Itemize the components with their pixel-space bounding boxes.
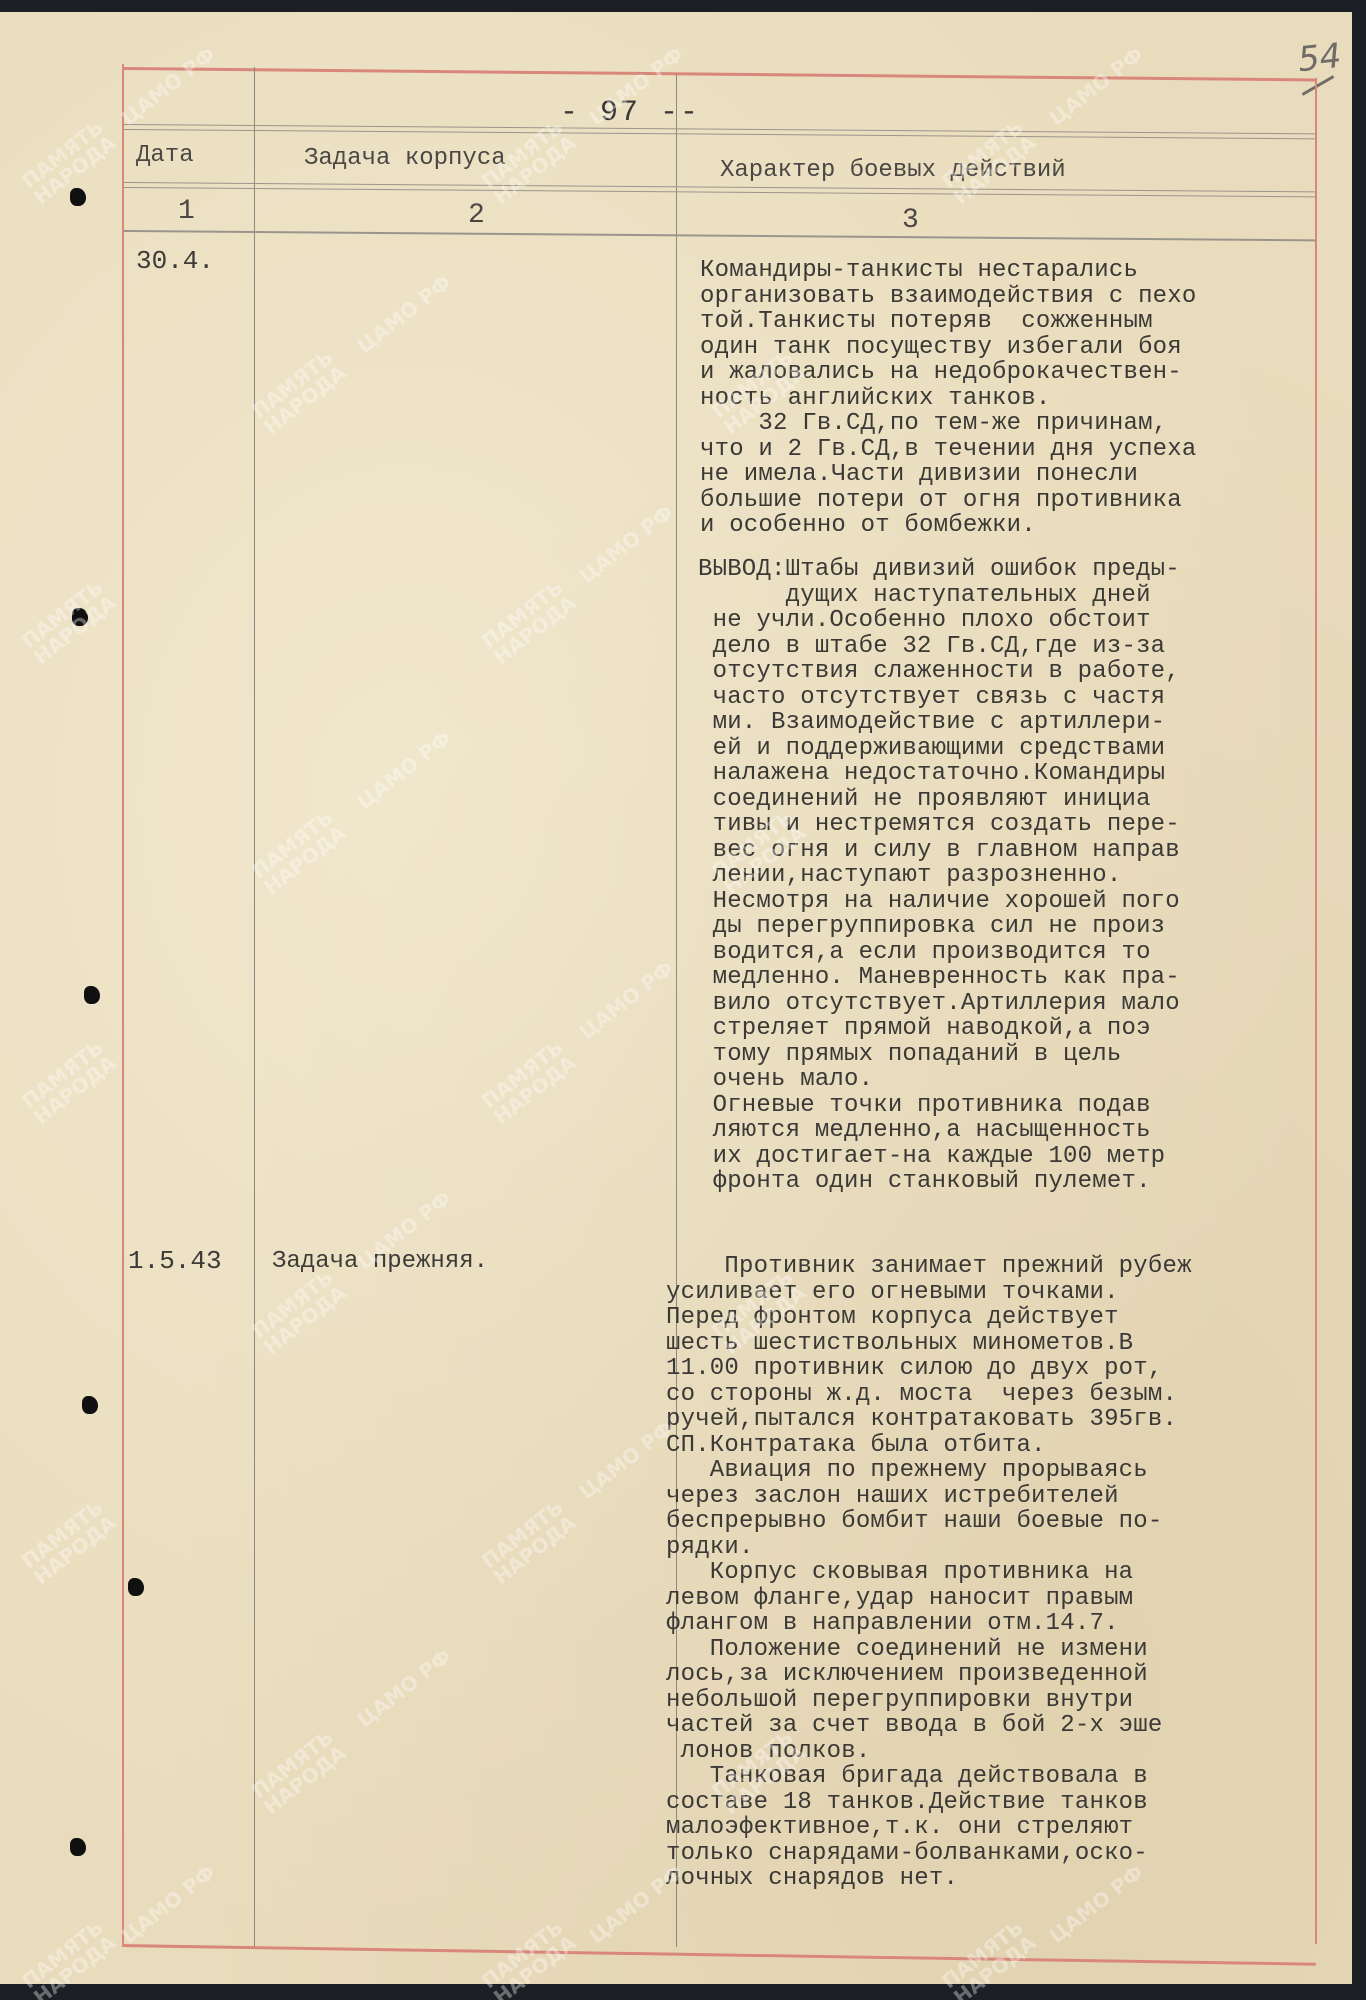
punch-hole <box>70 188 86 206</box>
red-margin-left <box>122 64 124 1944</box>
watermark-archive: ЦАМО РФ <box>575 956 678 1044</box>
watermark-project: ПАМЯТЬНАРОДА <box>248 346 349 437</box>
watermark-archive: ЦАМО РФ <box>575 500 678 588</box>
archival-document-page: 54 - 97 -- Дата Задача корпуса Характер … <box>0 12 1352 1984</box>
watermark-project: ПАМЯТЬНАРОДА <box>18 1036 119 1127</box>
column-divider-1 <box>254 67 255 1947</box>
red-margin-right <box>1315 78 1317 1944</box>
watermark-project: ПАМЯТЬНАРОДА <box>18 1496 119 1587</box>
punch-hole <box>70 1838 86 1856</box>
page-number: - 97 -- <box>560 96 700 130</box>
watermark-project: ПАМЯТЬНАРОДА <box>478 1496 579 1587</box>
row-2-date: 1.5.43 <box>128 1246 222 1276</box>
watermark-archive: ЦАМО РФ <box>353 270 456 358</box>
watermark-archive: ЦАМО РФ <box>353 1644 456 1732</box>
watermark-archive: ЦАМО РФ <box>353 726 456 814</box>
watermark-project: ПАМЯТЬНАРОДА <box>18 576 119 667</box>
row-1-combat-actions: Командиры-танкисты нестарались организов… <box>700 258 1196 539</box>
watermark-project: ПАМЯТЬНАРОДА <box>478 1916 579 2000</box>
red-margin-bottom <box>122 1944 1316 1966</box>
watermark-project: ПАМЯТЬНАРОДА <box>18 116 119 207</box>
handwritten-folio-number: 54 <box>1296 36 1343 80</box>
punch-hole <box>72 608 88 626</box>
watermark-project: ПАМЯТЬНАРОДА <box>478 1036 579 1127</box>
watermark-archive: ЦАМО РФ <box>575 1416 678 1504</box>
row-2-corps-task: Задача прежняя. <box>272 1248 488 1275</box>
watermark-project: ПАМЯТЬНАРОДА <box>18 1916 119 2000</box>
row-1-date: 30.4. <box>136 246 214 276</box>
watermark-project: ПАМЯТЬНАРОДА <box>248 1266 349 1357</box>
watermark-project: ПАМЯТЬНАРОДА <box>478 576 579 667</box>
column-number-3: 3 <box>902 205 919 236</box>
header-date: Дата <box>136 142 194 169</box>
watermark-project: ПАМЯТЬНАРОДА <box>248 806 349 897</box>
watermark-project: ПАМЯТЬНАРОДА <box>248 1726 349 1817</box>
punch-hole <box>84 986 100 1004</box>
header-corps-task: Задача корпуса <box>304 145 506 172</box>
watermark-archive: ЦАМО РФ <box>117 42 220 130</box>
row-2-combat-actions: Противник занимает прежний рубеж усилива… <box>666 1254 1192 1892</box>
watermark-archive: ЦАМО РФ <box>1045 42 1148 130</box>
punch-hole <box>82 1396 98 1414</box>
red-margin-top <box>122 67 1316 81</box>
row-1-conclusion: ВЫВОД:Штабы дивизий ошибок преды- дущих … <box>698 557 1180 1195</box>
column-number-2: 2 <box>468 200 485 231</box>
column-number-1: 1 <box>178 196 195 227</box>
watermark-archive: ЦАМО РФ <box>117 1860 220 1948</box>
punch-hole <box>128 1578 144 1596</box>
column-number-rule <box>124 230 1316 241</box>
header-top-rule <box>124 124 1316 134</box>
header-combat-actions: Характер боевых действий <box>720 157 1066 184</box>
